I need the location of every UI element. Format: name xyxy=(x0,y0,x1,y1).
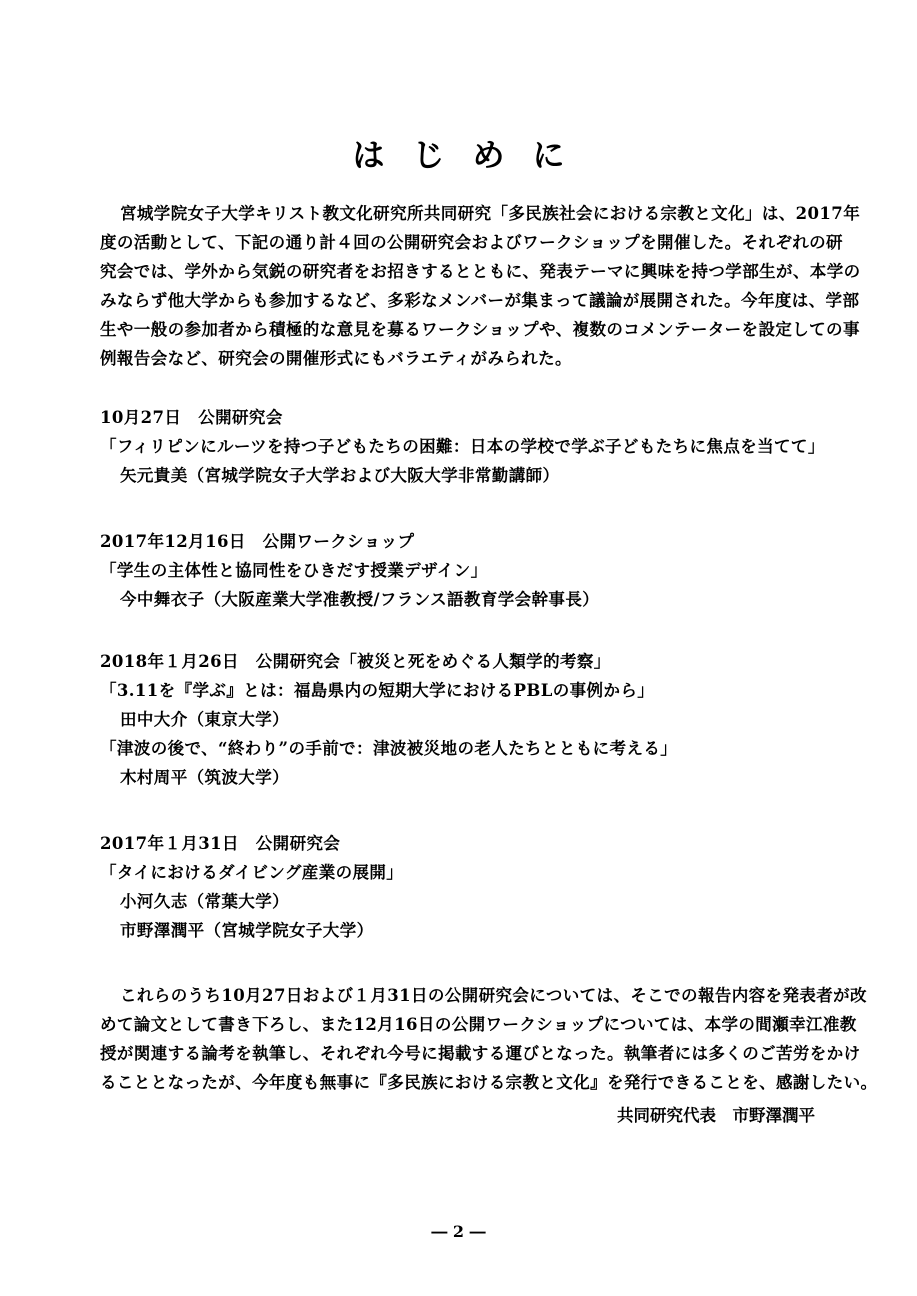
event-talk-title: 「フィリピンにルーツを持つ子どもたちの困難：日本の学校で学ぶ子どもたちに焦点を当… xyxy=(100,437,825,457)
event-speaker: 矢元貴美（宮城学院女子大学および大阪大学非常勤講師） xyxy=(120,466,559,486)
signature: 共同研究代表 市野澤潤平 xyxy=(617,1102,815,1126)
document-page: はじめに 宮城学院女子大学キリスト教文化研究所共同研究「多民族社会における宗教と… xyxy=(0,0,917,1296)
event-speaker: 木村周平（筑波大学） xyxy=(120,768,289,788)
event-header: 2017年１月31日 公開研究会 xyxy=(100,834,340,854)
event-header: 10月27日 公開研究会 xyxy=(100,408,283,428)
event-header: 2017年12月16日 公開ワークショップ xyxy=(100,532,414,552)
intro-line-3: 究会では、学外から気鋭の研究者をお招きするとともに、発表テーマに興味を持つ学部生… xyxy=(100,262,817,282)
closing-line-4: ることとなったが、今年度も無事に『多民族における宗教と文化』を発行できることを、… xyxy=(100,1073,817,1093)
intro-line-2: 度の活動として、下記の通り計４回の公開研究会およびワークショップを開催した。それ… xyxy=(100,233,817,253)
closing-line-1: これらのうち10月27日および１月31日の公開研究会については、そこでの報告内容… xyxy=(120,986,817,1006)
intro-line-4: みならず他大学からも参加するなど、多彩なメンバーが集まって議論が展開された。今年… xyxy=(100,291,817,311)
closing-line-3: 授が関連する論考を執筆し、それぞれ今号に掲載する運びとなった。執筆者には多くのご… xyxy=(100,1044,817,1064)
event-speaker: 今中舞衣子（大阪産業大学准教授/フランス語教育学会幹事長） xyxy=(120,590,599,610)
event-talk-title: 「学生の主体性と協同性をひきだす授業デザイン」 xyxy=(100,561,488,581)
closing-line-2: めて論文として書き下ろし、また12月16日の公開ワークショップについては、本学の… xyxy=(100,1015,817,1035)
intro-line-1: 宮城学院女子大学キリスト教文化研究所共同研究「多民族社会における宗教と文化」は、… xyxy=(120,204,817,224)
event-speaker: 田中大介（東京大学） xyxy=(120,710,289,730)
intro-line-5: 生や一般の参加者から積極的な意見を募るワークショップや、複数のコメンテーターを設… xyxy=(100,320,817,340)
page-number: ― 2 ― xyxy=(0,1222,917,1241)
event-talk-title: 「津波の後で、“終わり”の手前で：津波被災地の老人たちとともに考える」 xyxy=(100,739,677,759)
event-talk-title: 「3.11を『学ぶ』とは：福島県内の短期大学におけるPBLの事例から」 xyxy=(100,681,654,701)
event-header: 2018年１月26日 公開研究会「被災と死をめぐる人類学的考察」 xyxy=(100,652,611,672)
event-speaker: 小河久志（常葉大学） xyxy=(120,892,289,912)
event-speaker: 市野澤潤平（宮城学院女子大学） xyxy=(120,921,374,941)
intro-line-6: 例報告会など、研究会の開催形式にもバラエティがみられた。 xyxy=(100,349,572,369)
page-title: はじめに xyxy=(0,130,917,176)
event-talk-title: 「タイにおけるダイビング産業の展開」 xyxy=(100,863,403,883)
